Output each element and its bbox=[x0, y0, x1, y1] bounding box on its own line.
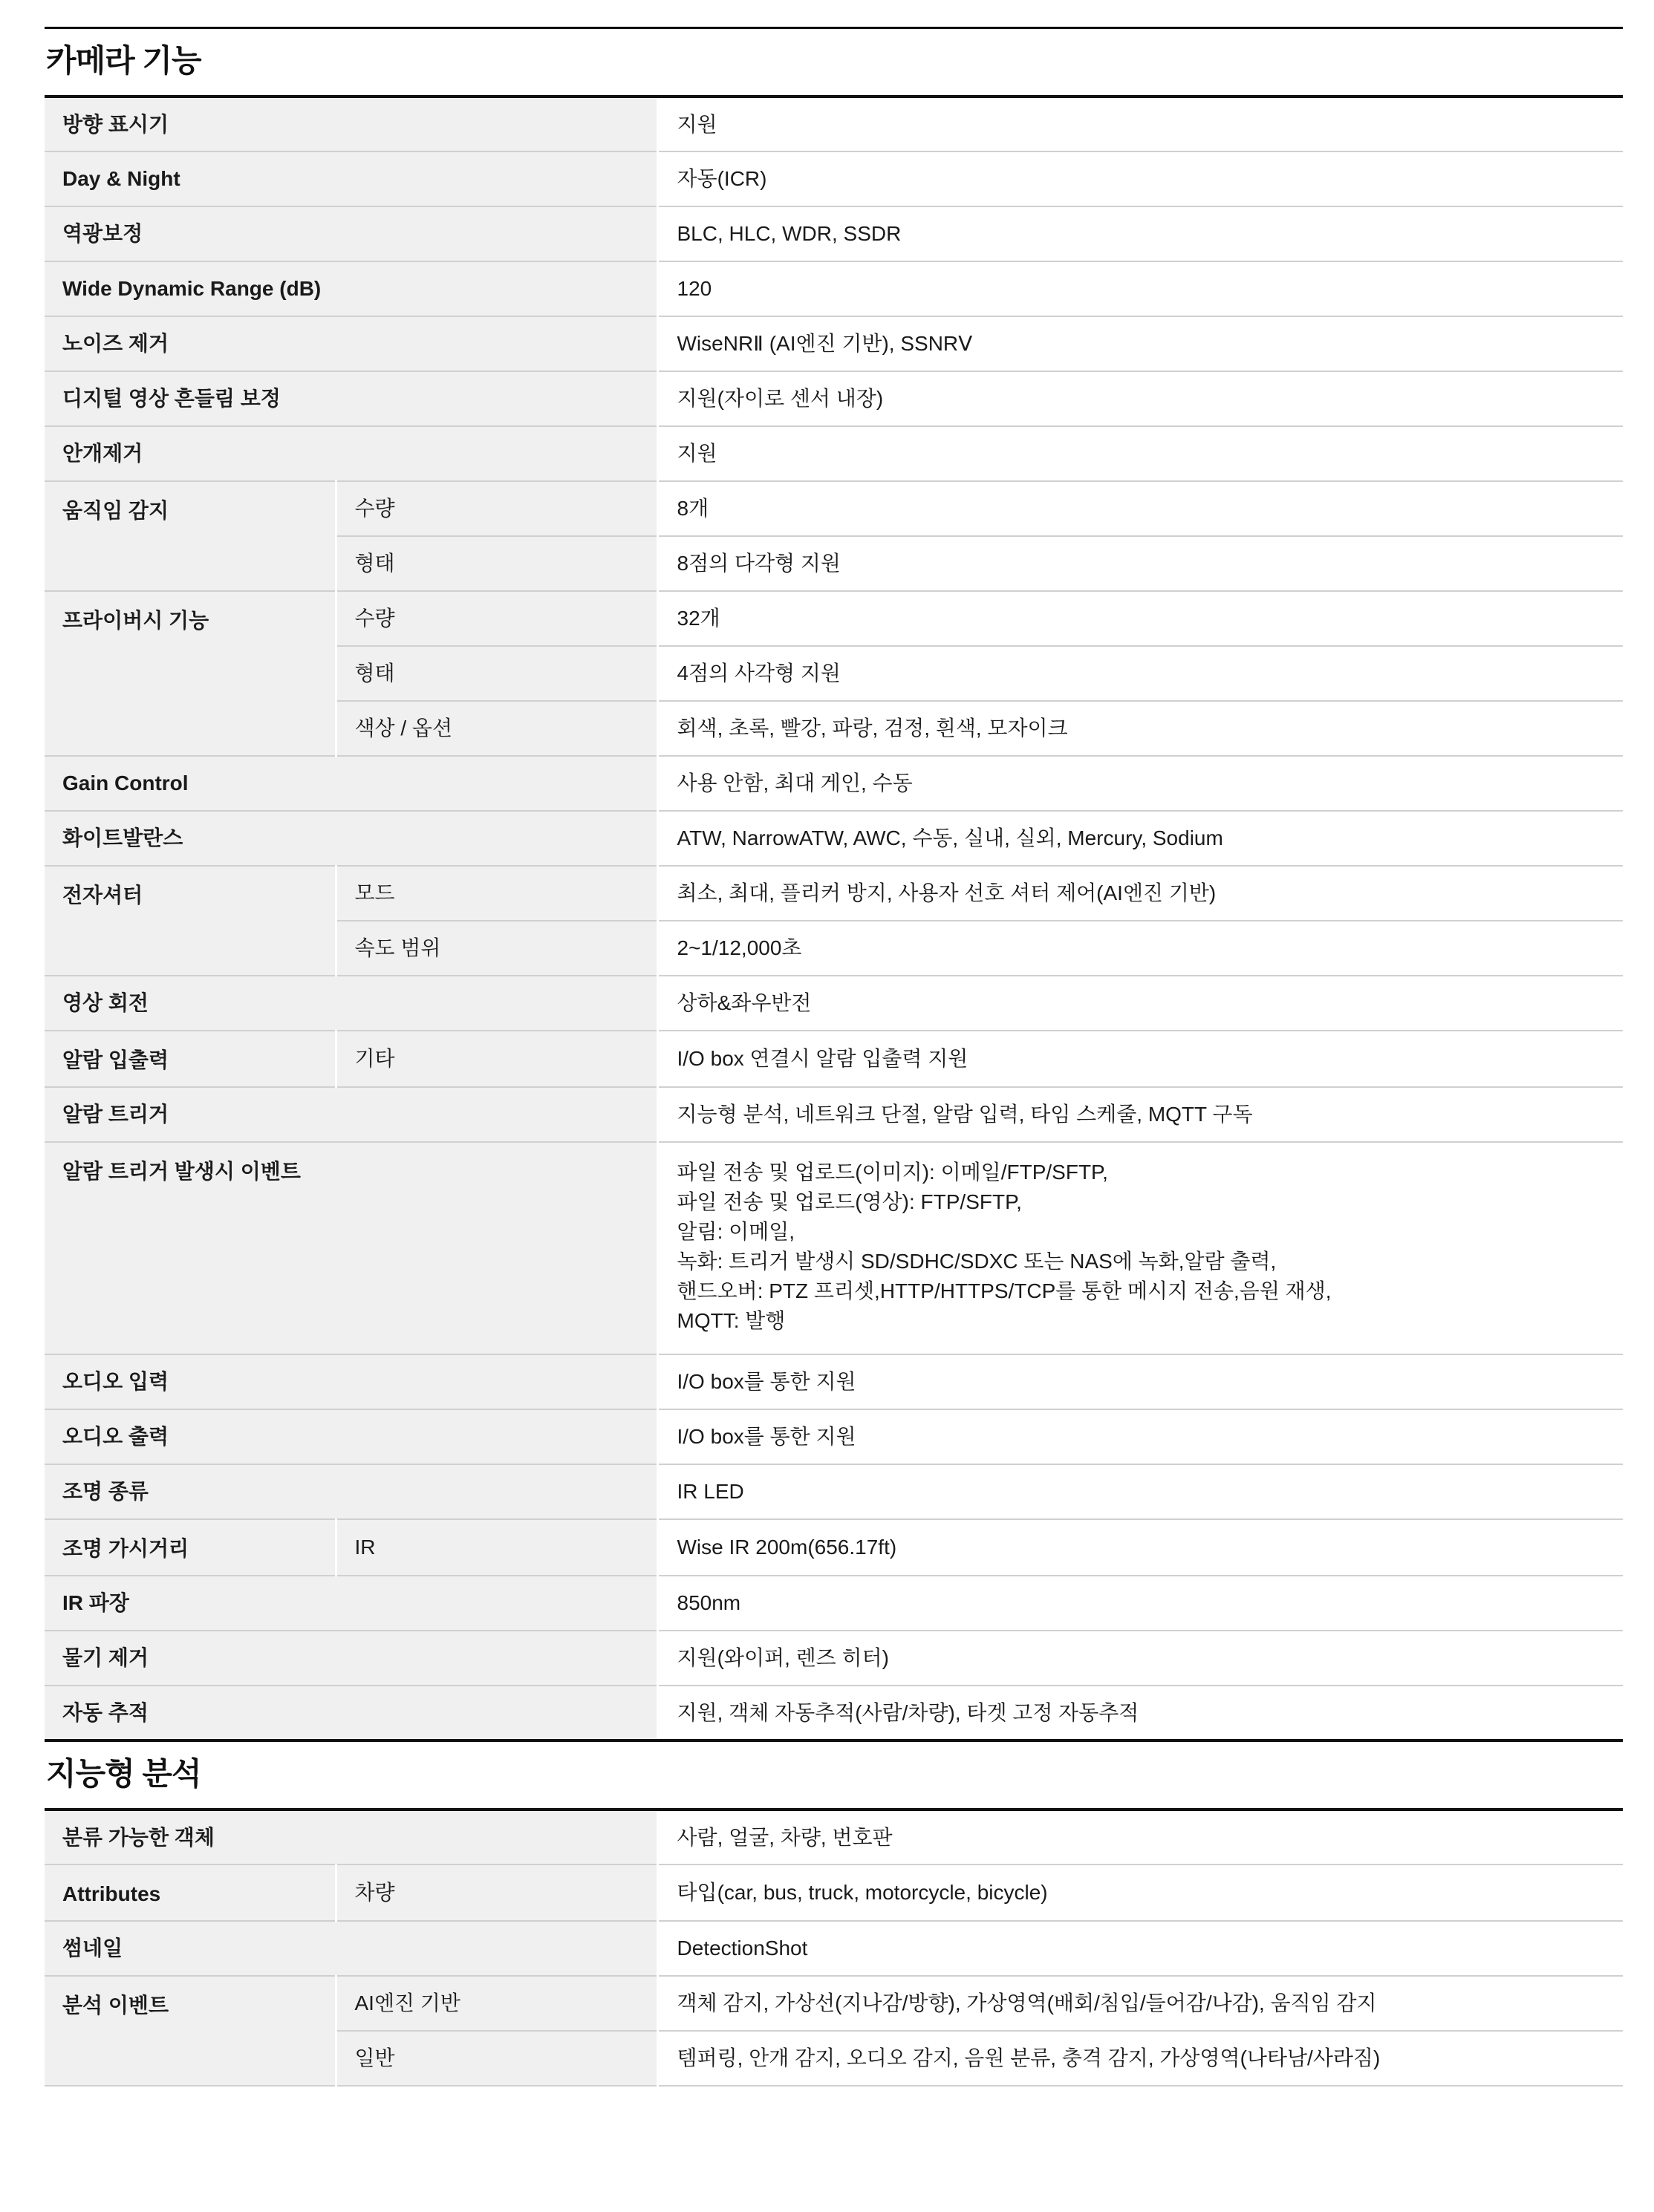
spec-row: 알람 입출력기타I/O box 연결시 알람 입출력 지원 bbox=[45, 1031, 1623, 1087]
spec-value-cell: 120 bbox=[657, 261, 1623, 316]
spec-label-cell: 디지털 영상 흔들림 보정 bbox=[45, 371, 657, 426]
spec-label-cell: 알람 트리거 발생시 이벤트 bbox=[45, 1142, 657, 1354]
spec-label-cell: 화이트발란스 bbox=[45, 811, 657, 866]
spec-value-cell: 템퍼링, 안개 감지, 오디오 감지, 음원 분류, 충격 감지, 가상영역(나… bbox=[657, 2031, 1623, 2086]
spec-label-cell: 알람 입출력 bbox=[45, 1031, 336, 1087]
spec-label-cell: 썸네일 bbox=[45, 1921, 657, 1976]
value-line: MQTT: 발행 bbox=[677, 1306, 1606, 1336]
spec-row: Wide Dynamic Range (dB)120 bbox=[45, 261, 1623, 316]
value-line: 파일 전송 및 업로드(영상): FTP/SFTP, bbox=[677, 1187, 1606, 1217]
spec-value-cell: 객체 감지, 가상선(지나감/방향), 가상영역(배회/침입/들어감/나감), … bbox=[657, 1976, 1623, 2031]
spec-label-cell: Day & Night bbox=[45, 151, 657, 206]
spec-value-cell: 회색, 초록, 빨강, 파랑, 검정, 흰색, 모자이크 bbox=[657, 701, 1623, 756]
spec-value-cell: I/O box를 통한 지원 bbox=[657, 1409, 1623, 1464]
spec-table-intelligent-analysis: 분류 가능한 객체사람, 얼굴, 차량, 번호판Attributes차량타입(c… bbox=[45, 1808, 1623, 2087]
spec-row: 디지털 영상 흔들림 보정지원(자이로 센서 내장) bbox=[45, 371, 1623, 426]
spec-row: IR 파장850nm bbox=[45, 1576, 1623, 1631]
spec-value-cell: 지원, 객체 자동추적(사람/차량), 타겟 고정 자동추적 bbox=[657, 1686, 1623, 1740]
spec-value-cell: 지능형 분석, 네트워크 단절, 알람 입력, 타임 스케줄, MQTT 구독 bbox=[657, 1087, 1623, 1142]
spec-value-cell: IR LED bbox=[657, 1464, 1623, 1519]
spec-value-cell: I/O box 연결시 알람 입출력 지원 bbox=[657, 1031, 1623, 1087]
spec-table-camera-features: 방향 표시기지원Day & Night자동(ICR)역광보정BLC, HLC, … bbox=[45, 95, 1623, 1742]
spec-sublabel-cell: 속도 범위 bbox=[336, 921, 657, 976]
spec-label-cell: 물기 제거 bbox=[45, 1631, 657, 1686]
spec-value-cell: 지원 bbox=[657, 97, 1623, 151]
spec-label-cell: 분석 이벤트 bbox=[45, 1976, 336, 2086]
spec-row: 안개제거지원 bbox=[45, 426, 1623, 481]
spec-value-cell: 2~1/12,000초 bbox=[657, 921, 1623, 976]
spec-row: 역광보정BLC, HLC, WDR, SSDR bbox=[45, 206, 1623, 261]
spec-label-cell: 프라이버시 기능 bbox=[45, 591, 336, 756]
spec-sublabel-cell: 차량 bbox=[336, 1864, 657, 1921]
spec-label-cell: 오디오 출력 bbox=[45, 1409, 657, 1464]
value-line: 녹화: 트리거 발생시 SD/SDHC/SDXC 또는 NAS에 녹화,알람 출… bbox=[677, 1247, 1606, 1276]
spec-label-cell: IR 파장 bbox=[45, 1576, 657, 1631]
spec-value-cell: 32개 bbox=[657, 591, 1623, 646]
spec-value-cell: 최소, 최대, 플리커 방지, 사용자 선호 셔터 제어(AI엔진 기반) bbox=[657, 866, 1623, 921]
spec-label-cell: 분류 가능한 객체 bbox=[45, 1810, 657, 1864]
spec-row: 조명 종류IR LED bbox=[45, 1464, 1623, 1519]
spec-row: 영상 회전상하&좌우반전 bbox=[45, 976, 1623, 1031]
section-intelligent-analysis: 지능형 분석 분류 가능한 객체사람, 얼굴, 차량, 번호판Attribute… bbox=[45, 1742, 1623, 2087]
spec-value-cell: I/O box를 통한 지원 bbox=[657, 1354, 1623, 1409]
spec-label-cell: 조명 종류 bbox=[45, 1464, 657, 1519]
spec-label-cell: Attributes bbox=[45, 1864, 336, 1921]
spec-value-cell: 850nm bbox=[657, 1576, 1623, 1631]
spec-label-cell: Wide Dynamic Range (dB) bbox=[45, 261, 657, 316]
spec-value-cell: 사용 안함, 최대 게인, 수동 bbox=[657, 756, 1623, 811]
spec-label-cell: 움직임 감지 bbox=[45, 481, 336, 591]
spec-row: 노이즈 제거WiseNRⅡ (AI엔진 기반), SSNRⅤ bbox=[45, 316, 1623, 371]
spec-value-cell: 4점의 사각형 지원 bbox=[657, 646, 1623, 701]
spec-value-cell: 자동(ICR) bbox=[657, 151, 1623, 206]
spec-label-cell: 역광보정 bbox=[45, 206, 657, 261]
spec-value-cell: 타입(car, bus, truck, motorcycle, bicycle) bbox=[657, 1864, 1623, 1921]
spec-label-cell: 안개제거 bbox=[45, 426, 657, 481]
spec-sublabel-cell: 색상 / 옵션 bbox=[336, 701, 657, 756]
spec-row: 분석 이벤트AI엔진 기반객체 감지, 가상선(지나감/방향), 가상영역(배회… bbox=[45, 1976, 1623, 2031]
value-line: 핸드오버: PTZ 프리셋,HTTP/HTTPS/TCP를 통한 메시지 전송,… bbox=[677, 1276, 1606, 1306]
spec-row: 오디오 출력I/O box를 통한 지원 bbox=[45, 1409, 1623, 1464]
spec-label-cell: 오디오 입력 bbox=[45, 1354, 657, 1409]
spec-label-cell: 방향 표시기 bbox=[45, 97, 657, 151]
spec-row: 방향 표시기지원 bbox=[45, 97, 1623, 151]
spec-row: 알람 트리거지능형 분석, 네트워크 단절, 알람 입력, 타임 스케줄, MQ… bbox=[45, 1087, 1623, 1142]
spec-row: 분류 가능한 객체사람, 얼굴, 차량, 번호판 bbox=[45, 1810, 1623, 1864]
spec-sublabel-cell: 형태 bbox=[336, 536, 657, 591]
spec-sublabel-cell: 모드 bbox=[336, 866, 657, 921]
spec-page: 카메라 기능 방향 표시기지원Day & Night자동(ICR)역광보정BLC… bbox=[0, 0, 1654, 2138]
spec-row: 자동 추적지원, 객체 자동추적(사람/차량), 타겟 고정 자동추적 bbox=[45, 1686, 1623, 1740]
spec-label-cell: Gain Control bbox=[45, 756, 657, 811]
spec-value-cell: 파일 전송 및 업로드(이미지): 이메일/FTP/SFTP,파일 전송 및 업… bbox=[657, 1142, 1623, 1354]
spec-value-cell: 지원(와이퍼, 렌즈 히터) bbox=[657, 1631, 1623, 1686]
spec-value-cell: DetectionShot bbox=[657, 1921, 1623, 1976]
section-camera-features: 카메라 기능 방향 표시기지원Day & Night자동(ICR)역광보정BLC… bbox=[45, 29, 1623, 1742]
spec-row: Gain Control사용 안함, 최대 게인, 수동 bbox=[45, 756, 1623, 811]
spec-sublabel-cell: 수량 bbox=[336, 591, 657, 646]
spec-row: 화이트발란스ATW, NarrowATW, AWC, 수동, 실내, 실외, M… bbox=[45, 811, 1623, 866]
spec-label-cell: 노이즈 제거 bbox=[45, 316, 657, 371]
spec-label-cell: 전자셔터 bbox=[45, 866, 336, 976]
spec-value-cell: BLC, HLC, WDR, SSDR bbox=[657, 206, 1623, 261]
section-title-camera-features: 카메라 기능 bbox=[45, 29, 1623, 95]
spec-value-cell: 지원(자이로 센서 내장) bbox=[657, 371, 1623, 426]
spec-value-cell: 8점의 다각형 지원 bbox=[657, 536, 1623, 591]
spec-sublabel-cell: IR bbox=[336, 1519, 657, 1576]
spec-value-cell: Wise IR 200m(656.17ft) bbox=[657, 1519, 1623, 1576]
spec-row: Day & Night자동(ICR) bbox=[45, 151, 1623, 206]
spec-row: 썸네일DetectionShot bbox=[45, 1921, 1623, 1976]
spec-label-cell: 알람 트리거 bbox=[45, 1087, 657, 1142]
spec-label-cell: 영상 회전 bbox=[45, 976, 657, 1031]
spec-row: 움직임 감지수량8개 bbox=[45, 481, 1623, 536]
spec-sublabel-cell: 일반 bbox=[336, 2031, 657, 2086]
spec-row: 프라이버시 기능수량32개 bbox=[45, 591, 1623, 646]
spec-value-cell: 상하&좌우반전 bbox=[657, 976, 1623, 1031]
spec-value-cell: 지원 bbox=[657, 426, 1623, 481]
spec-sublabel-cell: 기타 bbox=[336, 1031, 657, 1087]
spec-row: 오디오 입력I/O box를 통한 지원 bbox=[45, 1354, 1623, 1409]
spec-row: 전자셔터모드최소, 최대, 플리커 방지, 사용자 선호 셔터 제어(AI엔진 … bbox=[45, 866, 1623, 921]
spec-value-cell: ATW, NarrowATW, AWC, 수동, 실내, 실외, Mercury… bbox=[657, 811, 1623, 866]
spec-sublabel-cell: 형태 bbox=[336, 646, 657, 701]
spec-row: Attributes차량타입(car, bus, truck, motorcyc… bbox=[45, 1864, 1623, 1921]
spec-row: 알람 트리거 발생시 이벤트파일 전송 및 업로드(이미지): 이메일/FTP/… bbox=[45, 1142, 1623, 1354]
value-line: 파일 전송 및 업로드(이미지): 이메일/FTP/SFTP, bbox=[677, 1158, 1606, 1187]
value-line: 알림: 이메일, bbox=[677, 1217, 1606, 1247]
spec-row: 조명 가시거리IRWise IR 200m(656.17ft) bbox=[45, 1519, 1623, 1576]
spec-label-cell: 조명 가시거리 bbox=[45, 1519, 336, 1576]
spec-sublabel-cell: AI엔진 기반 bbox=[336, 1976, 657, 2031]
spec-value-cell: 8개 bbox=[657, 481, 1623, 536]
spec-value-cell: 사람, 얼굴, 차량, 번호판 bbox=[657, 1810, 1623, 1864]
spec-sublabel-cell: 수량 bbox=[336, 481, 657, 536]
spec-value-cell: WiseNRⅡ (AI엔진 기반), SSNRⅤ bbox=[657, 316, 1623, 371]
spec-label-cell: 자동 추적 bbox=[45, 1686, 657, 1740]
spec-row: 물기 제거지원(와이퍼, 렌즈 히터) bbox=[45, 1631, 1623, 1686]
section-title-intelligent-analysis: 지능형 분석 bbox=[45, 1742, 1623, 1808]
